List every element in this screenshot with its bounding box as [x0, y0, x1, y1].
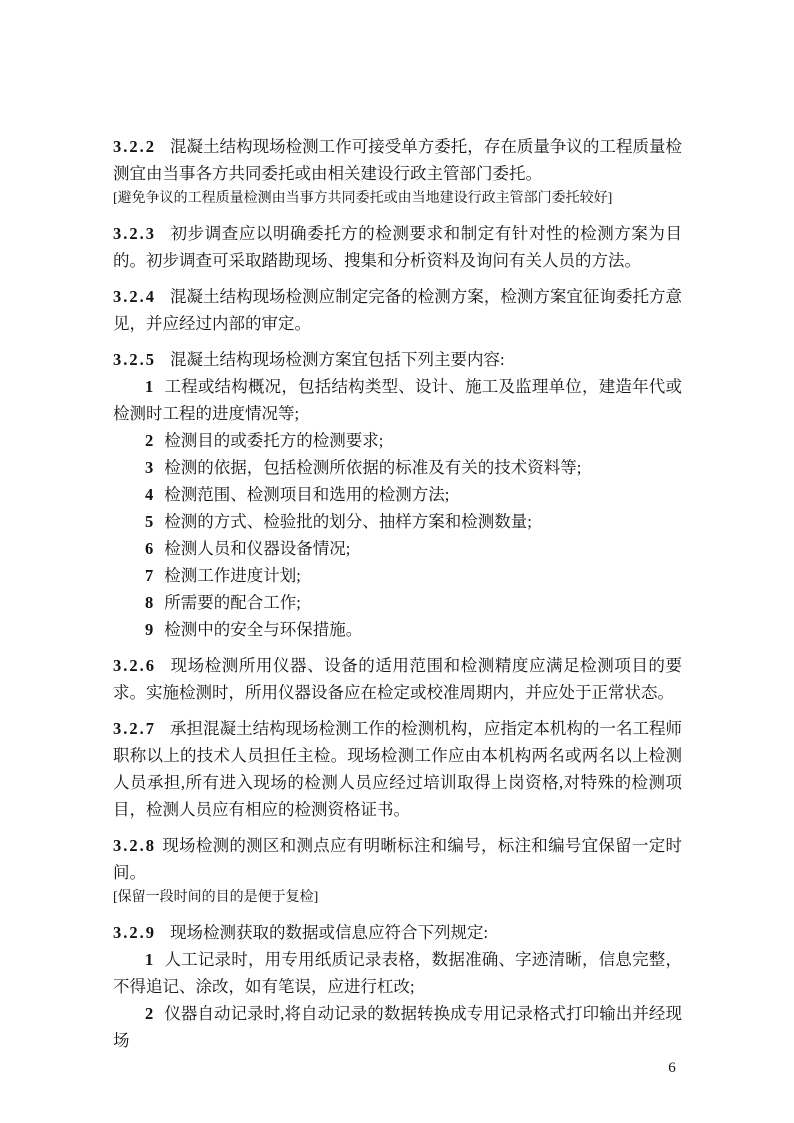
document-page: 3.2.2混凝土结构现场检测工作可接受单方委托，存在质量争议的工程质量检测宜由当…: [0, 0, 794, 1123]
clause-number: 3.2.8: [113, 836, 156, 855]
list-item: 2仪器自动记录时,将自动记录的数据转换成专用记录格式打印输出并经现场: [113, 1000, 682, 1054]
list-item-number: 2: [145, 1004, 153, 1023]
editor-note: [避免争议的工程质量检测由当事方共同委托或由当地建设行政主管部门委托较好]: [113, 187, 682, 211]
clause-text: 混凝土结构现场检测方案宜包括下列主要内容:: [170, 350, 505, 369]
clause-number: 3.2.6: [113, 656, 156, 675]
clause-text: 承担混凝土结构现场检测工作的检测机构，应指定本机构的一名工程师职称以上的技术人员…: [113, 719, 682, 819]
list-item-text: 检测中的安全与环保措施。: [164, 620, 362, 639]
list-item-text: 检测的方式、检验批的划分、抽样方案和检测数量;: [164, 512, 532, 531]
list-item: 7检测工作进度计划;: [113, 562, 682, 589]
clause-paragraph: 3.2.3初步调查应以明确委托方的检测要求和制定有针对性的检测方案为目的。初步调…: [113, 220, 682, 274]
list-item-number: 9: [145, 620, 153, 639]
list-item-number: 2: [145, 431, 153, 450]
clause-text: 混凝土结构现场检测工作可接受单方委托，存在质量争议的工程质量检测宜由当事各方共同…: [113, 137, 682, 183]
clause-paragraph: 3.2.6现场检测所用仪器、设备的适用范围和检测精度应满足检测项目的要求。实施检…: [113, 652, 682, 706]
list-item-text: 检测的依据，包括检测所依据的标准及有关的技术资料等;: [164, 458, 581, 477]
clause-paragraph: 3.2.4混凝土结构现场检测应制定完备的检测方案，检测方案宜征询委托方意见，并应…: [113, 283, 682, 337]
list-item-text: 所需要的配合工作;: [164, 593, 301, 612]
list-item-text: 检测工作进度计划;: [164, 566, 301, 585]
clause-number: 3.2.3: [113, 224, 156, 243]
list-item-number: 3: [145, 458, 153, 477]
list-item-number: 5: [145, 512, 153, 531]
list-item-text: 检测人员和仪器设备情况;: [164, 539, 350, 558]
clause-paragraph: 3.2.9现场检测获取的数据或信息应符合下列规定:: [113, 919, 682, 946]
list-item: 9检测中的安全与环保措施。: [113, 616, 682, 643]
clause-number: 3.2.4: [113, 287, 156, 306]
clause-number: 3.2.2: [113, 137, 156, 156]
list-item: 1人工记录时，用专用纸质记录表格，数据准确、字迹清晰，信息完整，不得追记、涂改，…: [113, 946, 682, 1000]
clause-text: 现场检测获取的数据或信息应符合下列规定:: [170, 923, 488, 942]
list-item-text: 仪器自动记录时,将自动记录的数据转换成专用记录格式打印输出并经现场: [113, 1004, 682, 1050]
list-item: 5检测的方式、检验批的划分、抽样方案和检测数量;: [113, 508, 682, 535]
clause-paragraph: 3.2.7承担混凝土结构现场检测工作的检测机构，应指定本机构的一名工程师职称以上…: [113, 715, 682, 823]
clause-text: 现场检测所用仪器、设备的适用范围和检测精度应满足检测项目的要求。实施检测时，所用…: [113, 656, 682, 702]
clause-paragraph: 3.2.8现场检测的测区和测点应有明晰标注和编号，标注和编号宜保留一定时间。: [113, 832, 682, 886]
document-body: 3.2.2混凝土结构现场检测工作可接受单方委托，存在质量争议的工程质量检测宜由当…: [113, 133, 682, 1054]
clause-number: 3.2.7: [113, 719, 156, 738]
editor-note: [保留一段时间的目的是便于复检]: [113, 886, 682, 910]
list-item: 6检测人员和仪器设备情况;: [113, 535, 682, 562]
clause-text: 混凝土结构现场检测应制定完备的检测方案，检测方案宜征询委托方意见，并应经过内部的…: [113, 287, 682, 333]
list-item: 3检测的依据，包括检测所依据的标准及有关的技术资料等;: [113, 454, 682, 481]
clause-text: 初步调查应以明确委托方的检测要求和制定有针对性的检测方案为目的。初步调查可采取踏…: [113, 224, 682, 270]
clause-text: 现场检测的测区和测点应有明晰标注和编号，标注和编号宜保留一定时间。: [113, 836, 682, 882]
list-item-number: 4: [145, 485, 153, 504]
list-item-number: 8: [145, 593, 153, 612]
list-item-number: 6: [145, 539, 153, 558]
list-item-number: 1: [145, 950, 153, 969]
list-item: 8所需要的配合工作;: [113, 589, 682, 616]
list-item-text: 人工记录时，用专用纸质记录表格，数据准确、字迹清晰，信息完整，不得追记、涂改，如…: [113, 950, 682, 996]
clause-number: 3.2.9: [113, 923, 156, 942]
clause-paragraph: 3.2.2混凝土结构现场检测工作可接受单方委托，存在质量争议的工程质量检测宜由当…: [113, 133, 682, 187]
page-number: 6: [662, 1058, 682, 1078]
list-item: 2检测目的或委托方的检测要求;: [113, 427, 682, 454]
clause-number: 3.2.5: [113, 350, 156, 369]
list-item: 4检测范围、检测项目和选用的检测方法;: [113, 481, 682, 508]
list-item-text: 检测目的或委托方的检测要求;: [164, 431, 383, 450]
list-item-number: 1: [145, 377, 153, 396]
list-item-text: 工程或结构概况，包括结构类型、设计、施工及监理单位，建造年代或检测时工程的进度情…: [113, 377, 682, 423]
list-item-number: 7: [145, 566, 153, 585]
clause-paragraph: 3.2.5混凝土结构现场检测方案宜包括下列主要内容:: [113, 346, 682, 373]
list-item: 1工程或结构概况，包括结构类型、设计、施工及监理单位，建造年代或检测时工程的进度…: [113, 373, 682, 427]
list-item-text: 检测范围、检测项目和选用的检测方法;: [164, 485, 449, 504]
